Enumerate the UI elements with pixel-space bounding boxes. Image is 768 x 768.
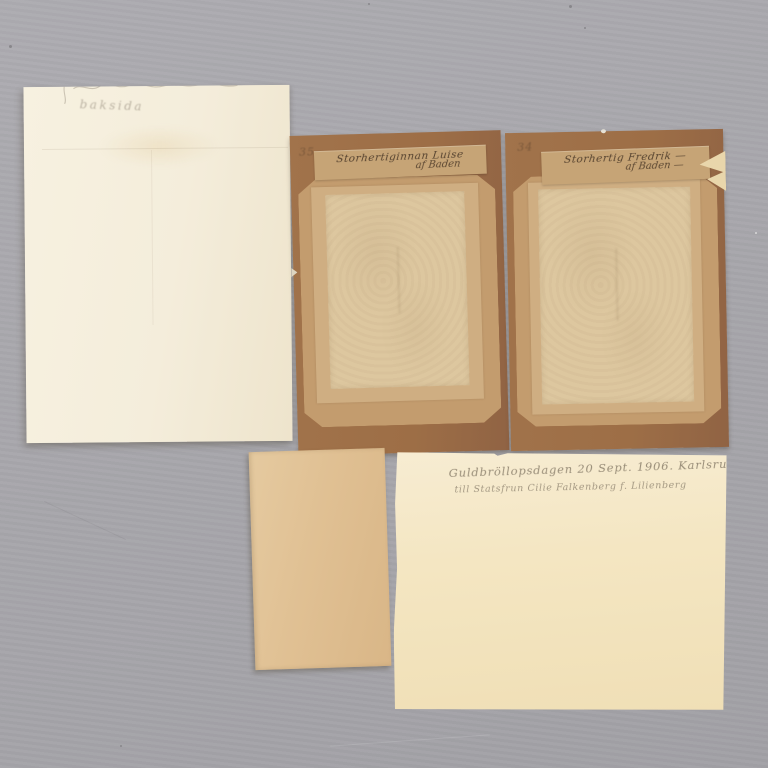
blank-verso-paper: baksida — [23, 85, 292, 443]
corner-number: 34 — [517, 141, 533, 154]
small-tan-paper — [249, 448, 392, 670]
photo-faint-figure — [615, 248, 618, 321]
surface-scratch — [44, 501, 126, 540]
dust-speck — [368, 3, 370, 5]
caption-label: Storhertig Fredrik — af Baden — — [541, 146, 710, 185]
mounted-photo-card-2: 34 Storhertig Fredrik — af Baden — — [505, 129, 729, 451]
photograph-of-archive-papers: baksida 35 Storhertiginnan Luise af Bade… — [0, 0, 768, 768]
faded-photograph — [538, 187, 694, 405]
corner-number: 35 — [299, 145, 315, 158]
dust-speck — [120, 745, 122, 747]
dust-speck — [9, 45, 12, 48]
faded-photograph — [325, 191, 469, 389]
photo-faint-figure — [396, 247, 400, 313]
dust-speck — [569, 5, 572, 8]
surface-scratch — [330, 734, 490, 746]
paper-stain — [98, 125, 221, 169]
edge-damage — [601, 129, 606, 133]
inscribed-paper: Guldbröllopsdagen 20 Sept. 1906. Karlsru… — [393, 452, 726, 712]
caption-label: Storhertiginnan Luise af Baden — [314, 145, 487, 181]
dust-speck — [584, 27, 586, 29]
edge-damage — [291, 268, 297, 277]
dust-speck — [755, 232, 757, 234]
mounted-photo-card-1: 35 Storhertiginnan Luise af Baden — [290, 130, 510, 456]
pencil-inscription-line1: Guldbröllopsdagen 20 Sept. 1906. Karlsru… — [448, 456, 743, 480]
pencil-note: baksida — [79, 97, 144, 113]
pencil-inscription-line2: till Statsfrun Cilie Falkenberg f. Lilie… — [454, 480, 686, 496]
mount-impression-line — [151, 150, 154, 325]
